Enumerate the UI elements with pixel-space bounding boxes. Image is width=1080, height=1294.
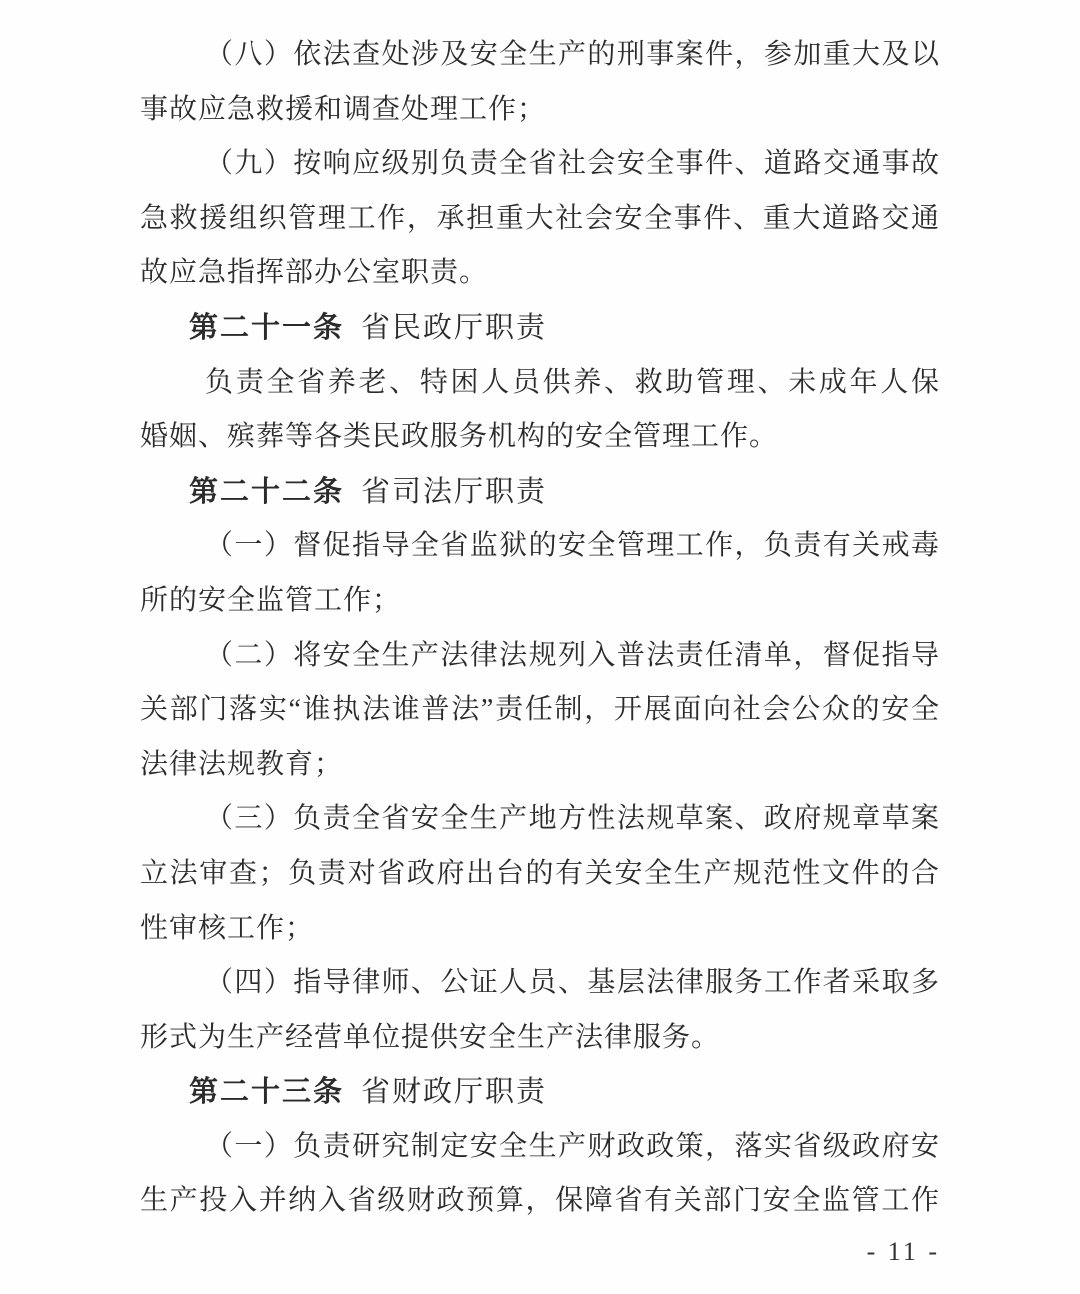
text-line: 关部门落实“谁执法谁普法”责任制，开展面向社会公众的安全 — [140, 683, 940, 738]
text-line: 形式为生产经营单位提供安全生产法律服务。 — [140, 1011, 940, 1066]
text-line: 法律法规教育； — [140, 738, 940, 793]
article-number: 第二十二条 — [189, 476, 344, 508]
text-line: 生产投入并纳入省级财政预算，保障省有关部门安全监管工作所 — [140, 1174, 940, 1229]
text-line: 负责全省养老、特困人员供养、救助管理、未成年人保护、 — [140, 356, 940, 411]
article-title: 省财政厅职责 — [361, 1076, 547, 1108]
text-line: 婚姻、殡葬等各类民政服务机构的安全管理工作。 — [140, 410, 940, 465]
text-line: （一）督促指导全省监狱的安全管理工作，负责有关戒毒场 — [140, 519, 940, 574]
text-line: （二）将安全生产法律法规列入普法责任清单，督促指导相 — [140, 629, 940, 684]
text-line: 性审核工作； — [140, 902, 940, 957]
page-number: - 11 - — [867, 1237, 940, 1267]
article-number: 第二十一条 — [189, 312, 344, 344]
article-heading-23: 第二十三条省财政厅职责 — [140, 1065, 940, 1120]
text-line: （三）负责全省安全生产地方性法规草案、政府规章草案的 — [140, 792, 940, 847]
article-title: 省民政厅职责 — [361, 312, 547, 344]
text-line: （一）负责研究制定安全生产财政政策，落实省级政府安全 — [140, 1120, 940, 1175]
text-line: 所的安全监管工作； — [140, 574, 940, 629]
text-line: 立法审查；负责对省政府出台的有关安全生产规范性文件的合法 — [140, 847, 940, 902]
text-line: （八）依法查处涉及安全生产的刑事案件，参加重大及以上 — [140, 28, 940, 83]
text-line: （九）按响应级别负责全省社会安全事件、道路交通事故应 — [140, 137, 940, 192]
article-heading-22: 第二十二条省司法厅职责 — [140, 465, 940, 520]
article-heading-21: 第二十一条省民政厅职责 — [140, 301, 940, 356]
article-title: 省司法厅职责 — [361, 476, 547, 508]
document-body: （八）依法查处涉及安全生产的刑事案件，参加重大及以上 事故应急救援和调查处理工作… — [140, 28, 940, 1229]
document-page: （八）依法查处涉及安全生产的刑事案件，参加重大及以上 事故应急救援和调查处理工作… — [0, 0, 1080, 1294]
text-line: 急救援组织管理工作，承担重大社会安全事件、重大道路交通事 — [140, 192, 940, 247]
article-number: 第二十三条 — [189, 1076, 344, 1108]
text-line: 故应急指挥部办公室职责。 — [140, 246, 940, 301]
text-line: 事故应急救援和调查处理工作； — [140, 83, 940, 138]
text-line: （四）指导律师、公证人员、基层法律服务工作者采取多种 — [140, 956, 940, 1011]
